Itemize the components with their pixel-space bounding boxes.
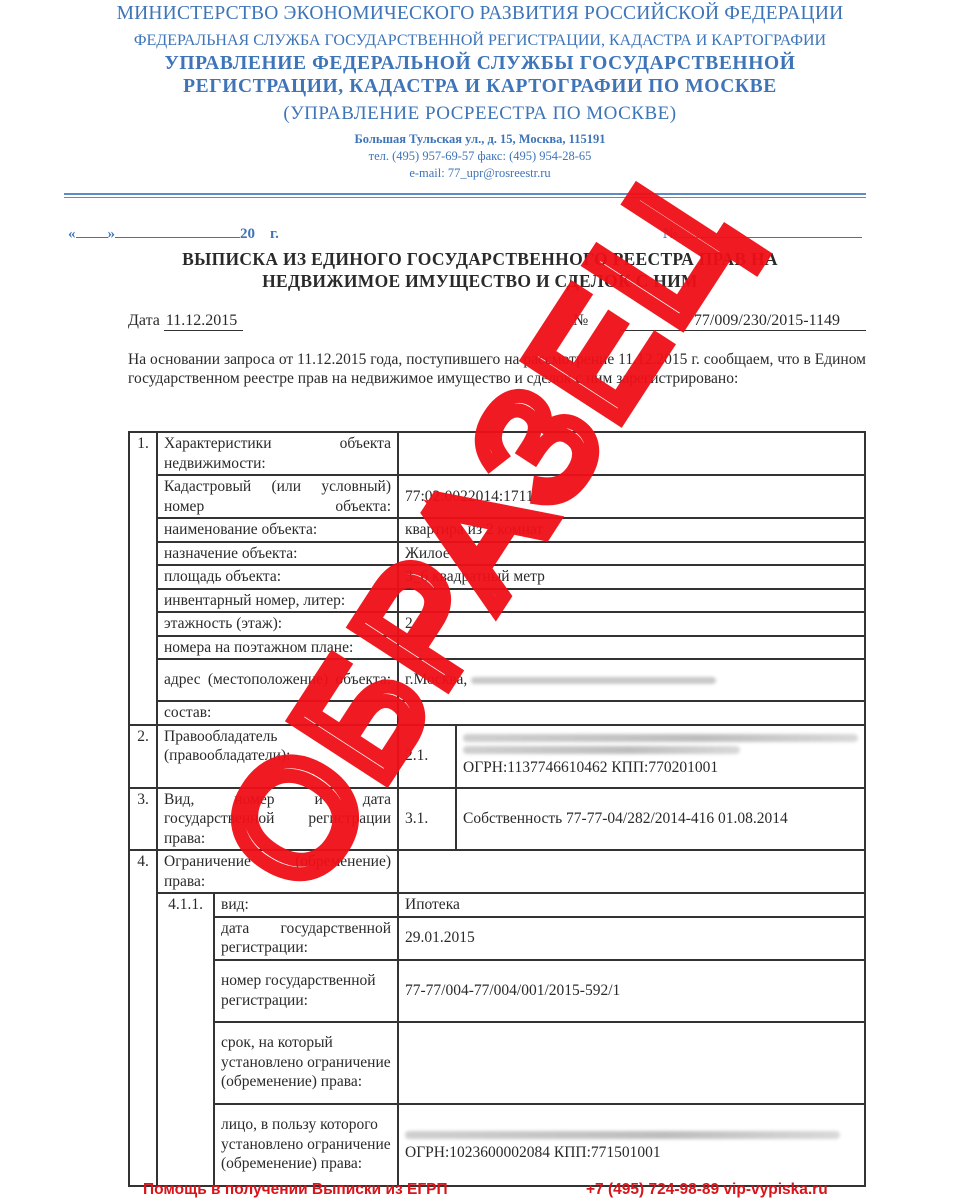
table-row: дата государственной регистрации: 29.01.… [129,917,865,960]
sub-number: 3.1. [398,788,456,851]
table-row: срок, на который установлено ограничение… [129,1022,865,1104]
section-number: 2. [129,725,157,788]
table-row: 4. Ограничение (обременение) права: [129,850,865,893]
open-quote: « [68,226,76,242]
table-row: назначение объекта: Жилое [129,542,865,566]
document-title-line1: ВЫПИСКА ИЗ ЕДИНОГО ГОСУДАРСТВЕННОГО РЕЕС… [0,249,960,270]
row-label: наименование объекта: [157,518,398,542]
row-label: инвентарный номер, литер: [157,589,398,613]
table-row: наименование объекта: квартира из 2 комн… [129,518,865,542]
date-label: Дата [128,312,160,329]
address-city: г.Москва, [405,671,467,688]
table-row: 4.1.1. вид: Ипотека [129,893,865,917]
section-number: 3. [129,788,157,851]
redacted-holder-name-2 [463,746,740,754]
table-row: Кадастровый (или условный) номер объекта… [129,475,865,518]
section-number: 4. [129,850,157,1186]
table-row: номера на поэтажном плане: [129,636,865,660]
ministry-name: МИНИСТЕРСТВО ЭКОНОМИЧЕСКОГО РАЗВИТИЯ РОС… [0,3,960,25]
redacted-holder-name [463,734,858,742]
table-row: 3. Вид, номер и дата государственной рег… [129,788,865,851]
office-short-name: (УПРАВЛЕНИЕ РОСРЕЕСТРА ПО МОСКВЕ) [0,103,960,125]
office-phones: тел. (495) 957-69-57 факс: (495) 954-28-… [0,149,960,164]
right-registration: Собственность 77-77-04/282/2014-416 01.0… [456,788,865,851]
table-row: номер государственной регистрации: 77-77… [129,960,865,1022]
number-label: № [573,312,588,330]
section-label: Правообладатель (правообладатели): [157,725,398,788]
section-value [398,432,865,475]
floor: 2 [398,612,865,636]
table-row: этажность (этаж): 2 [129,612,865,636]
table-row: лицо, в пользу которого установлено огра… [129,1104,865,1186]
month-blank [115,224,240,238]
document-title-line2: НЕДВИЖИМОЕ ИМУЩЕСТВО И СДЕЛОК С НИМ [0,271,960,292]
section-label: Ограничение (обременение) права: [157,850,398,893]
footer-service-text: Помощь в получении Выписки из ЕГРП [143,1181,448,1199]
blank-number-sign: № [663,226,678,242]
object-address: г.Москва, [398,659,865,701]
row-label: срок, на который установлено ограничение… [214,1022,398,1104]
blank-date-line: «»20 г. [68,224,279,243]
service-name: ФЕДЕРАЛЬНАЯ СЛУЖБА ГОСУДАРСТВЕННОЙ РЕГИС… [0,32,960,50]
encumbrance-date: 29.01.2015 [398,917,865,960]
table-row: 2. Правообладатель (правообладатели): 2.… [129,725,865,788]
object-purpose: Жилое [398,542,865,566]
office-name-line1: УПРАВЛЕНИЕ ФЕДЕРАЛЬНОЙ СЛУЖБЫ ГОСУДАРСТВ… [0,53,960,75]
row-label: лицо, в пользу которого установлено огра… [214,1104,398,1186]
table-row: адрес (местоположение) объекта: г.Москва… [129,659,865,701]
year-suffix: г. [270,226,279,242]
row-label: назначение объекта: [157,542,398,566]
row-label: вид: [214,893,398,917]
office-email: e-mail: 77_upr@rosreestr.ru [0,166,960,181]
extract-date: Дата 11.12.2015 [128,312,243,331]
day-blank [76,224,108,238]
close-quote: » [108,226,116,242]
letterhead-divider-thin [64,197,866,198]
encumbrance-type: Ипотека [398,893,865,917]
number-blank [678,224,862,238]
date-value: 11.12.2015 [164,312,243,331]
section-label: Вид, номер и дата государственной регист… [157,788,398,851]
row-label: номер государственной регистрации: [214,960,398,1022]
sub-number: 4.1.1. [157,893,214,1186]
footer-contacts[interactable]: +7 (495) 724-98-89 vip-vypiska.ru [586,1181,828,1199]
row-label: состав: [157,701,398,725]
object-area: 3_6 квадратный метр [398,565,865,589]
section-number: 1. [129,432,157,725]
encumbrance-beneficiary: ОГРН:1023600002084 КПП:771501001 [398,1104,865,1186]
beneficiary-ogrn-kpp: ОГРН:1023600002084 КПП:771501001 [405,1144,661,1161]
table-row: состав: [129,701,865,725]
inventory-number [398,589,865,613]
object-name: квартира из 2 комнат [398,518,865,542]
extract-number: 77/009/230/2015-1149 [620,312,866,331]
row-label: дата государственной регистрации: [214,917,398,960]
encumbrance-number: 77-77/004-77/004/001/2015-592/1 [398,960,865,1022]
holder-ogrn-kpp: ОГРН:1137746610462 КПП:770201001 [463,759,718,776]
right-holder: ОГРН:1137746610462 КПП:770201001 [456,725,865,788]
row-label: площадь объекта: [157,565,398,589]
blank-number-line: № [663,224,862,243]
row-label: адрес (местоположение) объекта: [157,659,398,701]
encumbrance-term [398,1022,865,1104]
redacted-beneficiary-name [405,1131,840,1139]
row-label: Кадастровый (или условный) номер объекта… [157,475,398,518]
redacted-address [471,677,716,684]
table-row: инвентарный номер, литер: [129,589,865,613]
table-row: площадь объекта: 3_6 квадратный метр [129,565,865,589]
section-label: Характеристики объекта недвижимости: [157,432,398,475]
office-address: Большая Тульская ул., д. 15, Москва, 115… [0,132,960,147]
office-name-line2: РЕГИСТРАЦИИ, КАДАСТРА И КАРТОГРАФИИ ПО М… [0,76,960,98]
composition [398,701,865,725]
year-prefix: 20 [240,226,255,242]
section-value [398,850,865,893]
sub-number: 2.1. [398,725,456,788]
registry-table: 1. Характеристики объекта недвижимости: … [128,431,866,1187]
cadastral-number: 77:02:0022014:1711 [398,475,865,518]
row-label: номера на поэтажном плане: [157,636,398,660]
floor-plan-numbers [398,636,865,660]
table-row: 1. Характеристики объекта недвижимости: [129,432,865,475]
row-label: этажность (этаж): [157,612,398,636]
intro-paragraph: На основании запроса от 11.12.2015 года,… [128,350,866,388]
letterhead-divider [64,193,866,195]
